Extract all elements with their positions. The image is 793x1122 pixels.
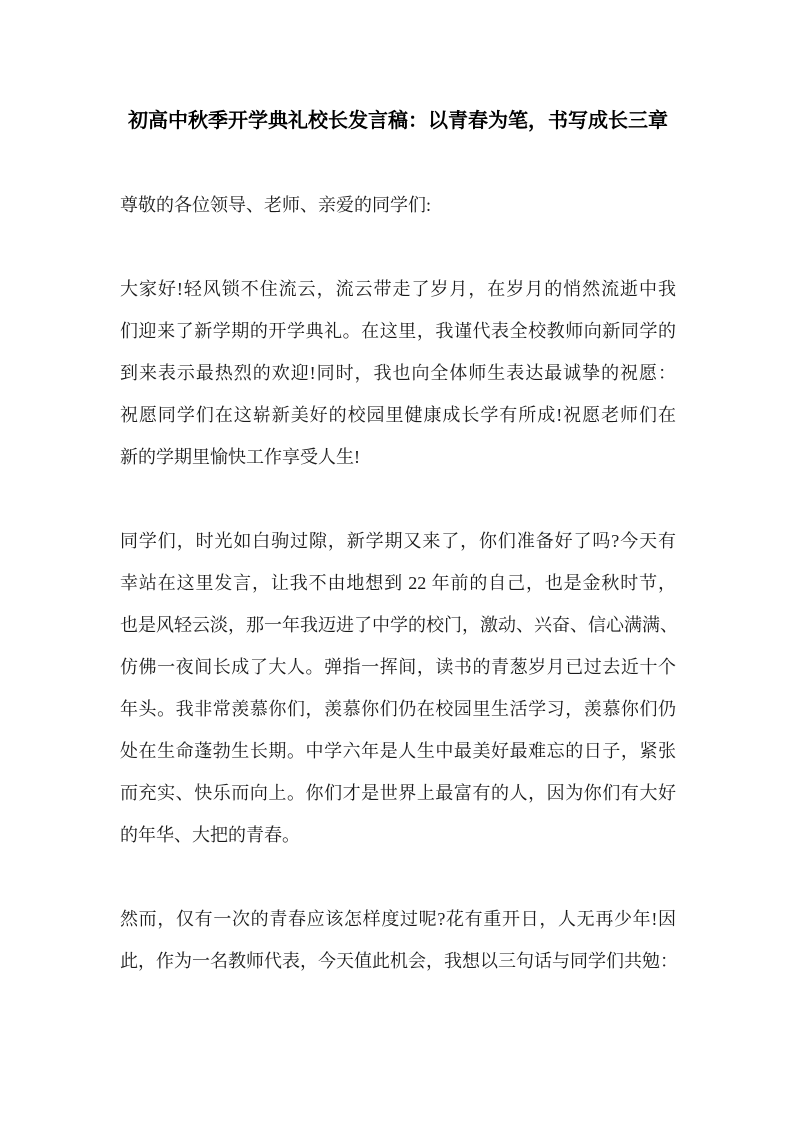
text-line: 处在生命蓬勃生长期。中学六年是人生中最美好最难忘的日子，紧张 <box>120 730 676 772</box>
text-line: 然而，仅有一次的青春应该怎样度过呢?花有重开日，人无再少年!因 <box>120 898 676 940</box>
text-line: 幸站在这里发言，让我不由地想到 22 年前的自己，也是金秋时节， <box>120 562 676 604</box>
document-title: 初高中秋季开学典礼校长发言稿：以青春为笔，书写成长三章 <box>120 100 676 142</box>
text-line: 也是风轻云淡，那一年我迈进了中学的校门，激动、兴奋、信心满满、 <box>120 604 676 646</box>
text-line: 的年华、大把的青春。 <box>120 814 676 856</box>
paragraph: 尊敬的各位领导、老师、亲爱的同学们: <box>120 184 676 226</box>
text-line: 此，作为一名教师代表，今天值此机会，我想以三句话与同学们共勉： <box>120 940 676 982</box>
text-line: 大家好!轻风锁不住流云，流云带走了岁月，在岁月的悄然流逝中我 <box>120 268 676 310</box>
document-body: 尊敬的各位领导、老师、亲爱的同学们:大家好!轻风锁不住流云，流云带走了岁月，在岁… <box>120 184 676 982</box>
paragraph: 同学们，时光如白驹过隙，新学期又来了，你们准备好了吗?今天有幸站在这里发言，让我… <box>120 520 676 856</box>
text-line: 而充实、快乐而向上。你们才是世界上最富有的人，因为你们有大好 <box>120 772 676 814</box>
document-content: 初高中秋季开学典礼校长发言稿：以青春为笔，书写成长三章 尊敬的各位领导、老师、亲… <box>120 100 676 982</box>
paragraph: 然而，仅有一次的青春应该怎样度过呢?花有重开日，人无再少年!因此，作为一名教师代… <box>120 898 676 982</box>
text-line: 们迎来了新学期的开学典礼。在这里，我谨代表全校教师向新同学的 <box>120 310 676 352</box>
text-line: 祝愿同学们在这崭新美好的校园里健康成长学有所成!祝愿老师们在 <box>120 394 676 436</box>
text-line: 尊敬的各位领导、老师、亲爱的同学们: <box>120 184 676 226</box>
text-line: 仿佛一夜间长成了大人。弹指一挥间，读书的青葱岁月已过去近十个 <box>120 646 676 688</box>
text-line: 同学们，时光如白驹过隙，新学期又来了，你们准备好了吗?今天有 <box>120 520 676 562</box>
text-line: 到来表示最热烈的欢迎!同时，我也向全体师生表达最诚挚的祝愿： <box>120 352 676 394</box>
document-page: 初高中秋季开学典礼校长发言稿：以青春为笔，书写成长三章 尊敬的各位领导、老师、亲… <box>0 0 793 1122</box>
text-line: 新的学期里愉快工作享受人生! <box>120 436 676 478</box>
paragraph: 大家好!轻风锁不住流云，流云带走了岁月，在岁月的悄然流逝中我们迎来了新学期的开学… <box>120 268 676 478</box>
text-line: 年头。我非常羡慕你们，羡慕你们仍在校园里生活学习，羡慕你们仍 <box>120 688 676 730</box>
